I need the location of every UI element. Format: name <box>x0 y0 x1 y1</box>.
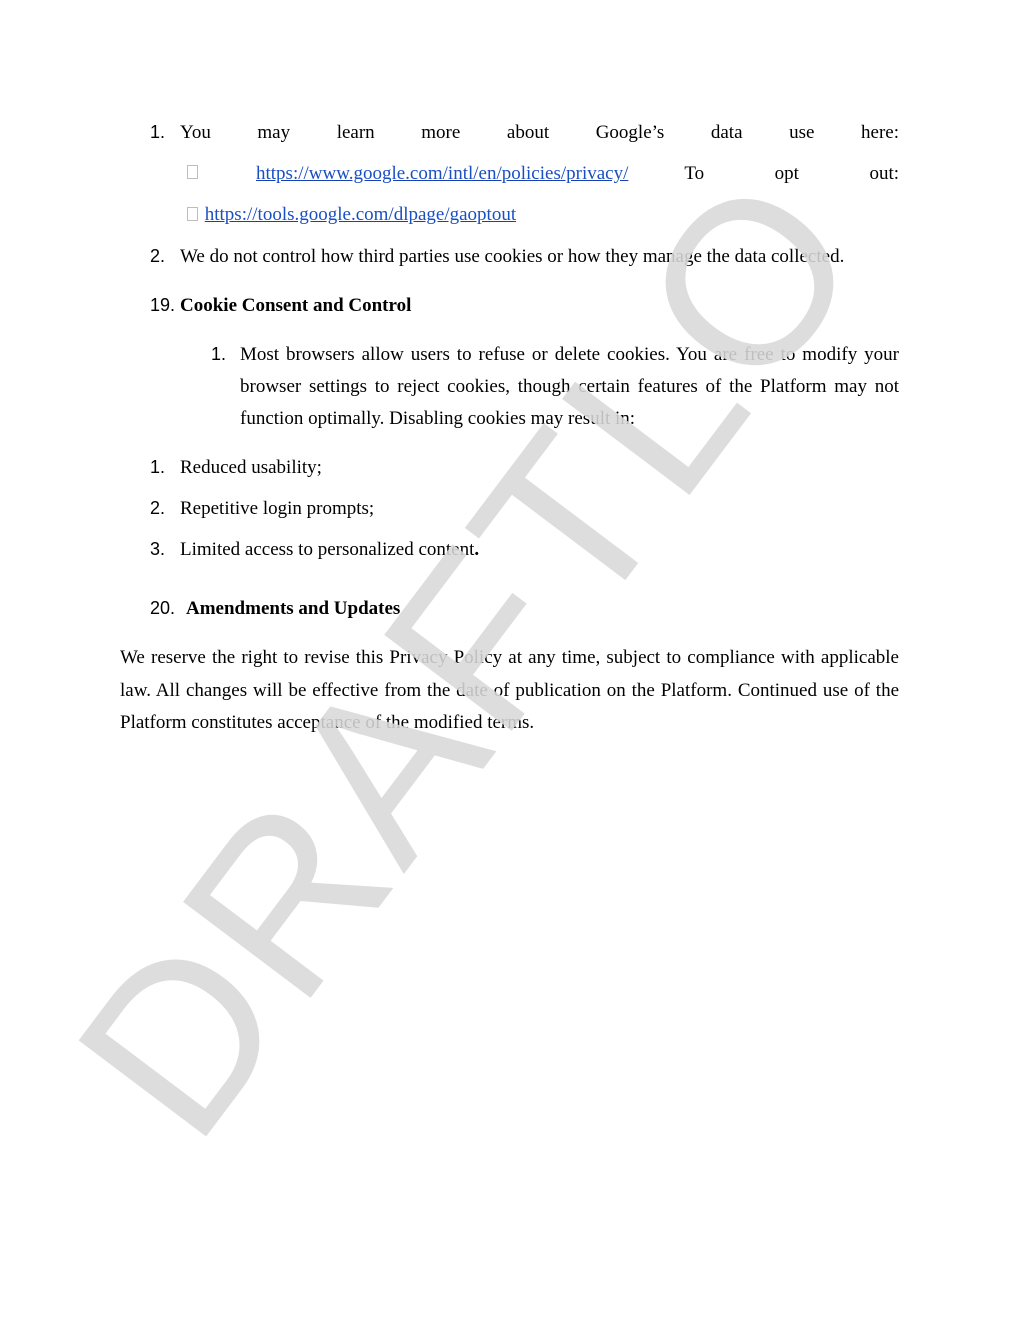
word: To <box>684 164 704 183</box>
list-number: 2. <box>150 498 165 519</box>
section-heading: Amendments and Updates <box>186 599 400 618</box>
section-heading: Cookie Consent and Control <box>180 296 411 315</box>
google-privacy-link[interactable]: https://www.google.com/intl/en/policies/… <box>200 164 628 183</box>
missing-glyph-icon <box>187 207 198 221</box>
sub-item-line: function optimally. Disabling cookies ma… <box>240 409 635 428</box>
privacy-link-line: https://www.google.com/intl/en/policies/… <box>187 164 899 183</box>
sub-item-text: Most browsers allow users to refuse or d… <box>240 345 899 364</box>
list-item-label: Limited access to personalized content <box>180 539 474 560</box>
word: You <box>180 123 211 142</box>
list-item-text-line1: YoumaylearnmoreaboutGoogle’sdatausehere: <box>180 123 899 142</box>
missing-glyph-icon <box>187 165 198 179</box>
list-number: 2. <box>150 246 165 267</box>
sub-item-text: function optimally. Disabling cookies ma… <box>240 408 635 429</box>
word: use <box>789 123 814 142</box>
sub-item-line: Most browsers allow users to refuse or d… <box>240 345 899 364</box>
sub-item-line: browser settings to reject cookies, thou… <box>240 377 899 396</box>
sub-item-text: browser settings to reject cookies, thou… <box>240 377 899 396</box>
word: may <box>257 123 290 142</box>
word: here: <box>861 123 899 142</box>
word: about <box>507 123 549 142</box>
word: more <box>421 123 460 142</box>
list-item-text: Limited access to personalized content. <box>180 540 479 559</box>
list-item-text: Reduced usability; <box>180 458 322 477</box>
section-body: We reserve the right to revise this Priv… <box>120 642 899 740</box>
opt-out-text: Tooptout: <box>628 164 899 183</box>
word: out: <box>869 164 899 183</box>
word: learn <box>337 123 375 142</box>
list-item-text: We do not control how third parties use … <box>180 247 844 266</box>
optout-link-line: https://tools.google.com/dlpage/gaoptout <box>187 205 516 224</box>
section-number: 20. <box>150 598 175 619</box>
list-number: 1. <box>211 344 226 365</box>
section-number: 19. <box>150 295 175 316</box>
list-item-text: Repetitive login prompts; <box>180 499 374 518</box>
list-number: 1. <box>150 457 165 478</box>
document-page: 1. YoumaylearnmoreaboutGoogle’sdatausehe… <box>0 0 1020 1320</box>
list-item-punctuation: . <box>474 539 479 560</box>
word: opt <box>775 164 799 183</box>
word: Google’s <box>596 123 665 142</box>
list-number: 1. <box>150 122 165 143</box>
list-number: 3. <box>150 539 165 560</box>
word: data <box>711 123 743 142</box>
ga-optout-link[interactable]: https://tools.google.com/dlpage/gaoptout <box>205 204 516 225</box>
